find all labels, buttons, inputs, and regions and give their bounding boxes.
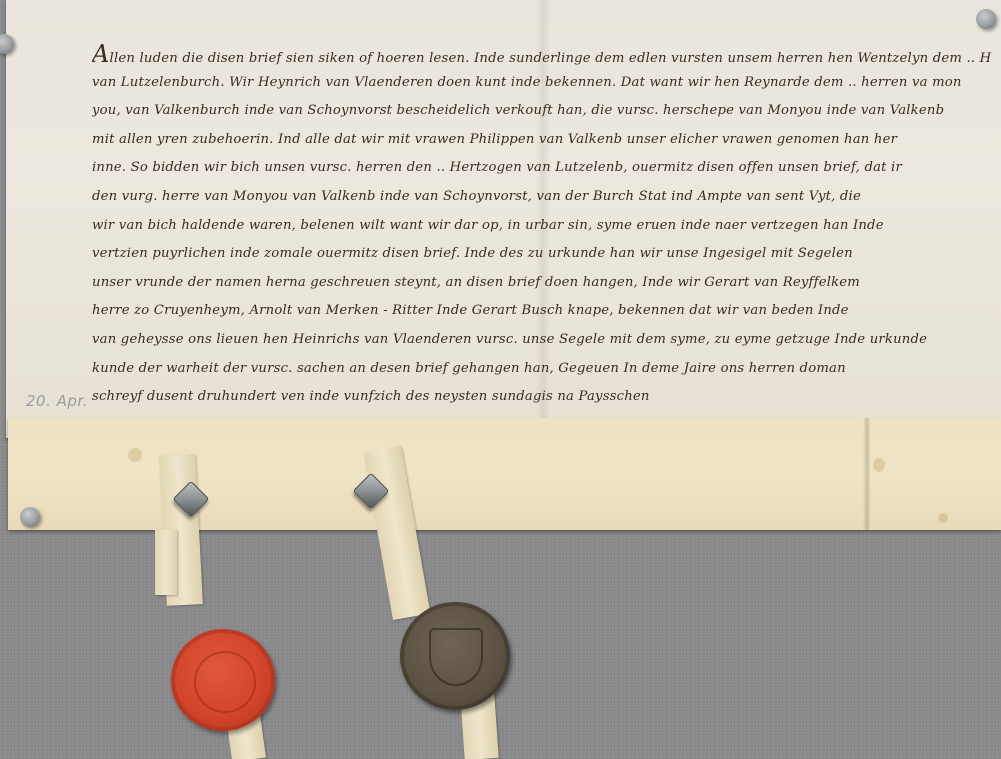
stain — [873, 458, 885, 472]
charter-text: Allen luden die disen brief sien siken o… — [92, 40, 992, 412]
text-line: van geheysse ons lieuen hen Heinrichs va… — [92, 326, 992, 355]
mounting-pin-bottom-left — [20, 507, 40, 527]
stain — [128, 448, 142, 462]
seal-strap-left-tail — [155, 530, 177, 595]
text-line: den vurg. herre van Monyou van Valkenb i… — [92, 183, 992, 212]
stain — [938, 513, 948, 523]
text-line: kunde der warheit der vursc. sachen an d… — [92, 355, 992, 384]
text-line: van Lutzelenburch. Wir Heynrich van Vlae… — [92, 69, 992, 98]
charter-plica-fold — [8, 418, 1001, 530]
fold-crease — [863, 418, 871, 530]
text-line: you, van Valkenburch inde van Schoynvors… — [92, 97, 992, 126]
text-line: schreyf dusent druhundert ven inde vunfz… — [92, 383, 992, 412]
text-line: unser vrunde der namen herna geschreuen … — [92, 269, 992, 298]
text-line: wir van bich haldende waren, belenen wil… — [92, 212, 992, 241]
red-wax-seal — [171, 629, 275, 731]
mounting-pin-top-right — [976, 9, 996, 29]
text-line: herre zo Cruyenheym, Arnolt van Merken -… — [92, 297, 992, 326]
text-line: inne. So bidden wir bich unsen vursc. he… — [92, 154, 992, 183]
text-line: vertzien puyrlichen inde zomale ouermitz… — [92, 240, 992, 269]
brown-wax-seal — [400, 602, 510, 710]
text-line: Allen luden die disen brief sien siken o… — [92, 40, 992, 69]
pencil-archival-note: 20. Apr. — [26, 392, 88, 410]
text-line: mit allen yren zubehoerin. Ind alle dat … — [92, 126, 992, 155]
